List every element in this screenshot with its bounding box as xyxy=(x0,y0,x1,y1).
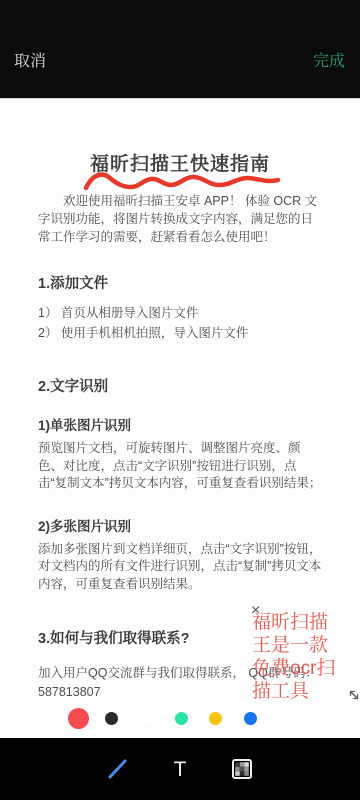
single-image-paragraph: 预览图片文档，可旋转图片、调整图片亮度、颜色、对比度，点击“文字识别”按钮进行识… xyxy=(38,440,324,493)
list-item: 1） 首页从相册导入图片文件 xyxy=(38,303,324,323)
document-page: 福昕扫描王快速指南 欢迎使用福昕扫描王安卓 APP！ 体验 OCR 文字识别功能… xyxy=(0,98,360,738)
annotation-delete-icon[interactable]: × xyxy=(251,604,260,618)
color-swatch-white[interactable] xyxy=(140,712,153,725)
text-annotation-box[interactable]: 福昕扫描王是一款免费ocr扫描工具 × xyxy=(252,611,344,703)
done-button[interactable]: 完成 xyxy=(313,48,345,71)
annotation-editor-screen: 取消 完成 福昕扫描王快速指南 欢迎使用福昕扫描王安卓 APP！ 体验 OCR … xyxy=(0,0,360,800)
draw-tool-button[interactable] xyxy=(101,752,135,786)
color-swatch-red[interactable] xyxy=(68,708,89,729)
annotation-text[interactable]: 福昕扫描王是一款免费ocr扫描工具 xyxy=(252,612,335,702)
document-title: 福昕扫描王快速指南 xyxy=(0,149,360,176)
bottom-toolbar: T xyxy=(0,738,360,800)
intro-paragraph: 欢迎使用福昕扫描王安卓 APP！ 体验 OCR 文字识别功能，将图片转换成文字内… xyxy=(38,192,324,246)
top-bar: 取消 完成 xyxy=(0,0,360,98)
subheading-single-image: 1)单张图片识别 xyxy=(38,414,324,434)
list-item: 2） 使用手机相机拍照，导入图片文件 xyxy=(38,323,324,343)
mosaic-tool-button[interactable] xyxy=(225,752,259,786)
text-tool-button[interactable]: T xyxy=(163,752,197,786)
text-tool-icon: T xyxy=(174,759,187,780)
color-swatch-black[interactable] xyxy=(105,712,118,725)
section-heading-add-files: 1.添加文件 xyxy=(38,272,324,293)
color-swatch-blue[interactable] xyxy=(244,712,257,725)
annotation-resize-icon[interactable] xyxy=(348,689,360,701)
multi-image-paragraph: 添加多张图片到文档详细页，点击“文字识别”按钮，对文档内的所有文件进行识别，点击… xyxy=(38,541,324,594)
color-swatch-green[interactable] xyxy=(175,712,188,725)
subheading-multi-image: 2)多张图片识别 xyxy=(38,515,324,535)
cancel-button[interactable]: 取消 xyxy=(14,48,46,71)
pen-icon xyxy=(105,756,131,782)
section-heading-ocr: 2.文字识别 xyxy=(38,375,324,396)
add-files-list: 1） 首页从相册导入图片文件 2） 使用手机相机拍照，导入图片文件 xyxy=(38,303,324,343)
color-swatch-yellow[interactable] xyxy=(209,712,222,725)
mosaic-icon xyxy=(231,758,253,780)
